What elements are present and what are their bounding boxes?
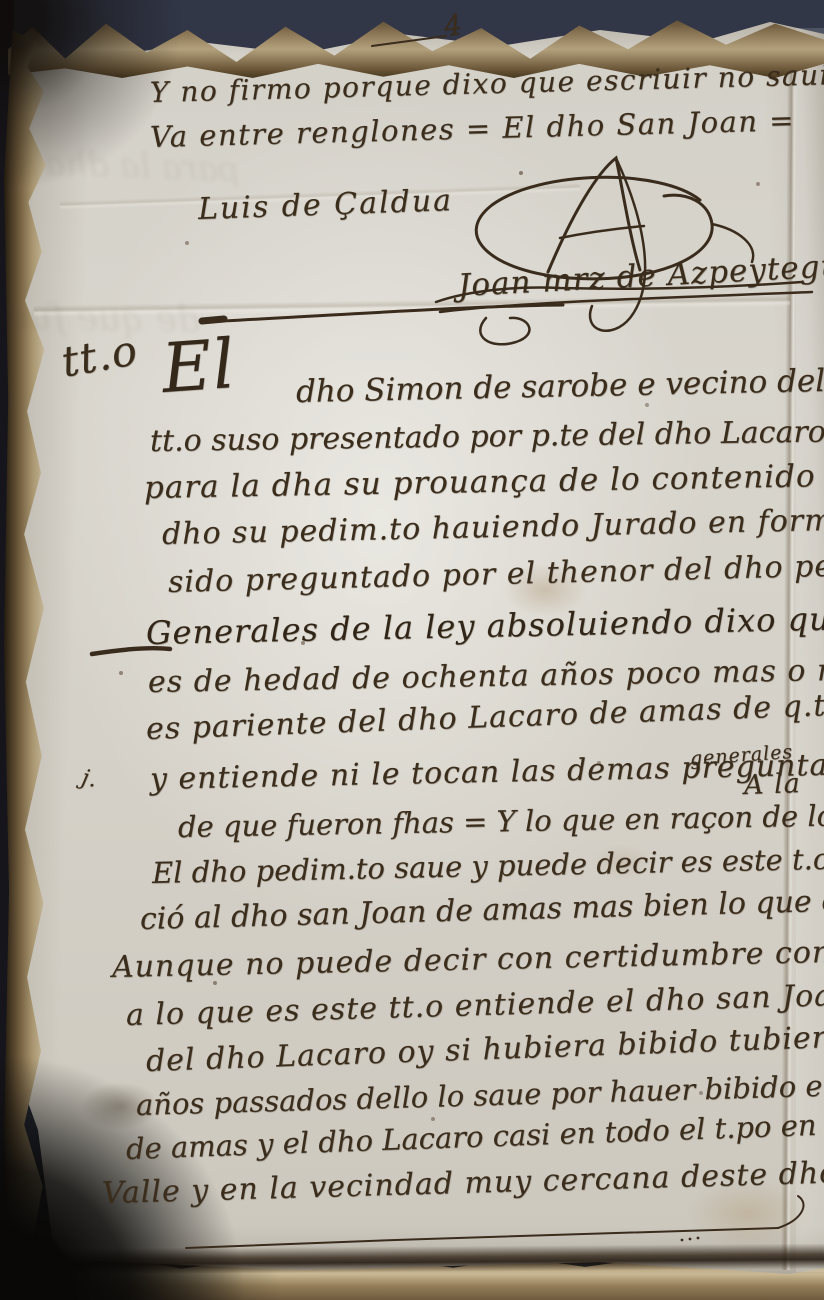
- paragraph-initial: El: [159, 325, 238, 409]
- catchword: A la: [743, 768, 801, 801]
- ink-specks: [0, 0, 2, 2]
- manuscript-photo: para la dha su prouança de lo contenido …: [0, 0, 824, 1300]
